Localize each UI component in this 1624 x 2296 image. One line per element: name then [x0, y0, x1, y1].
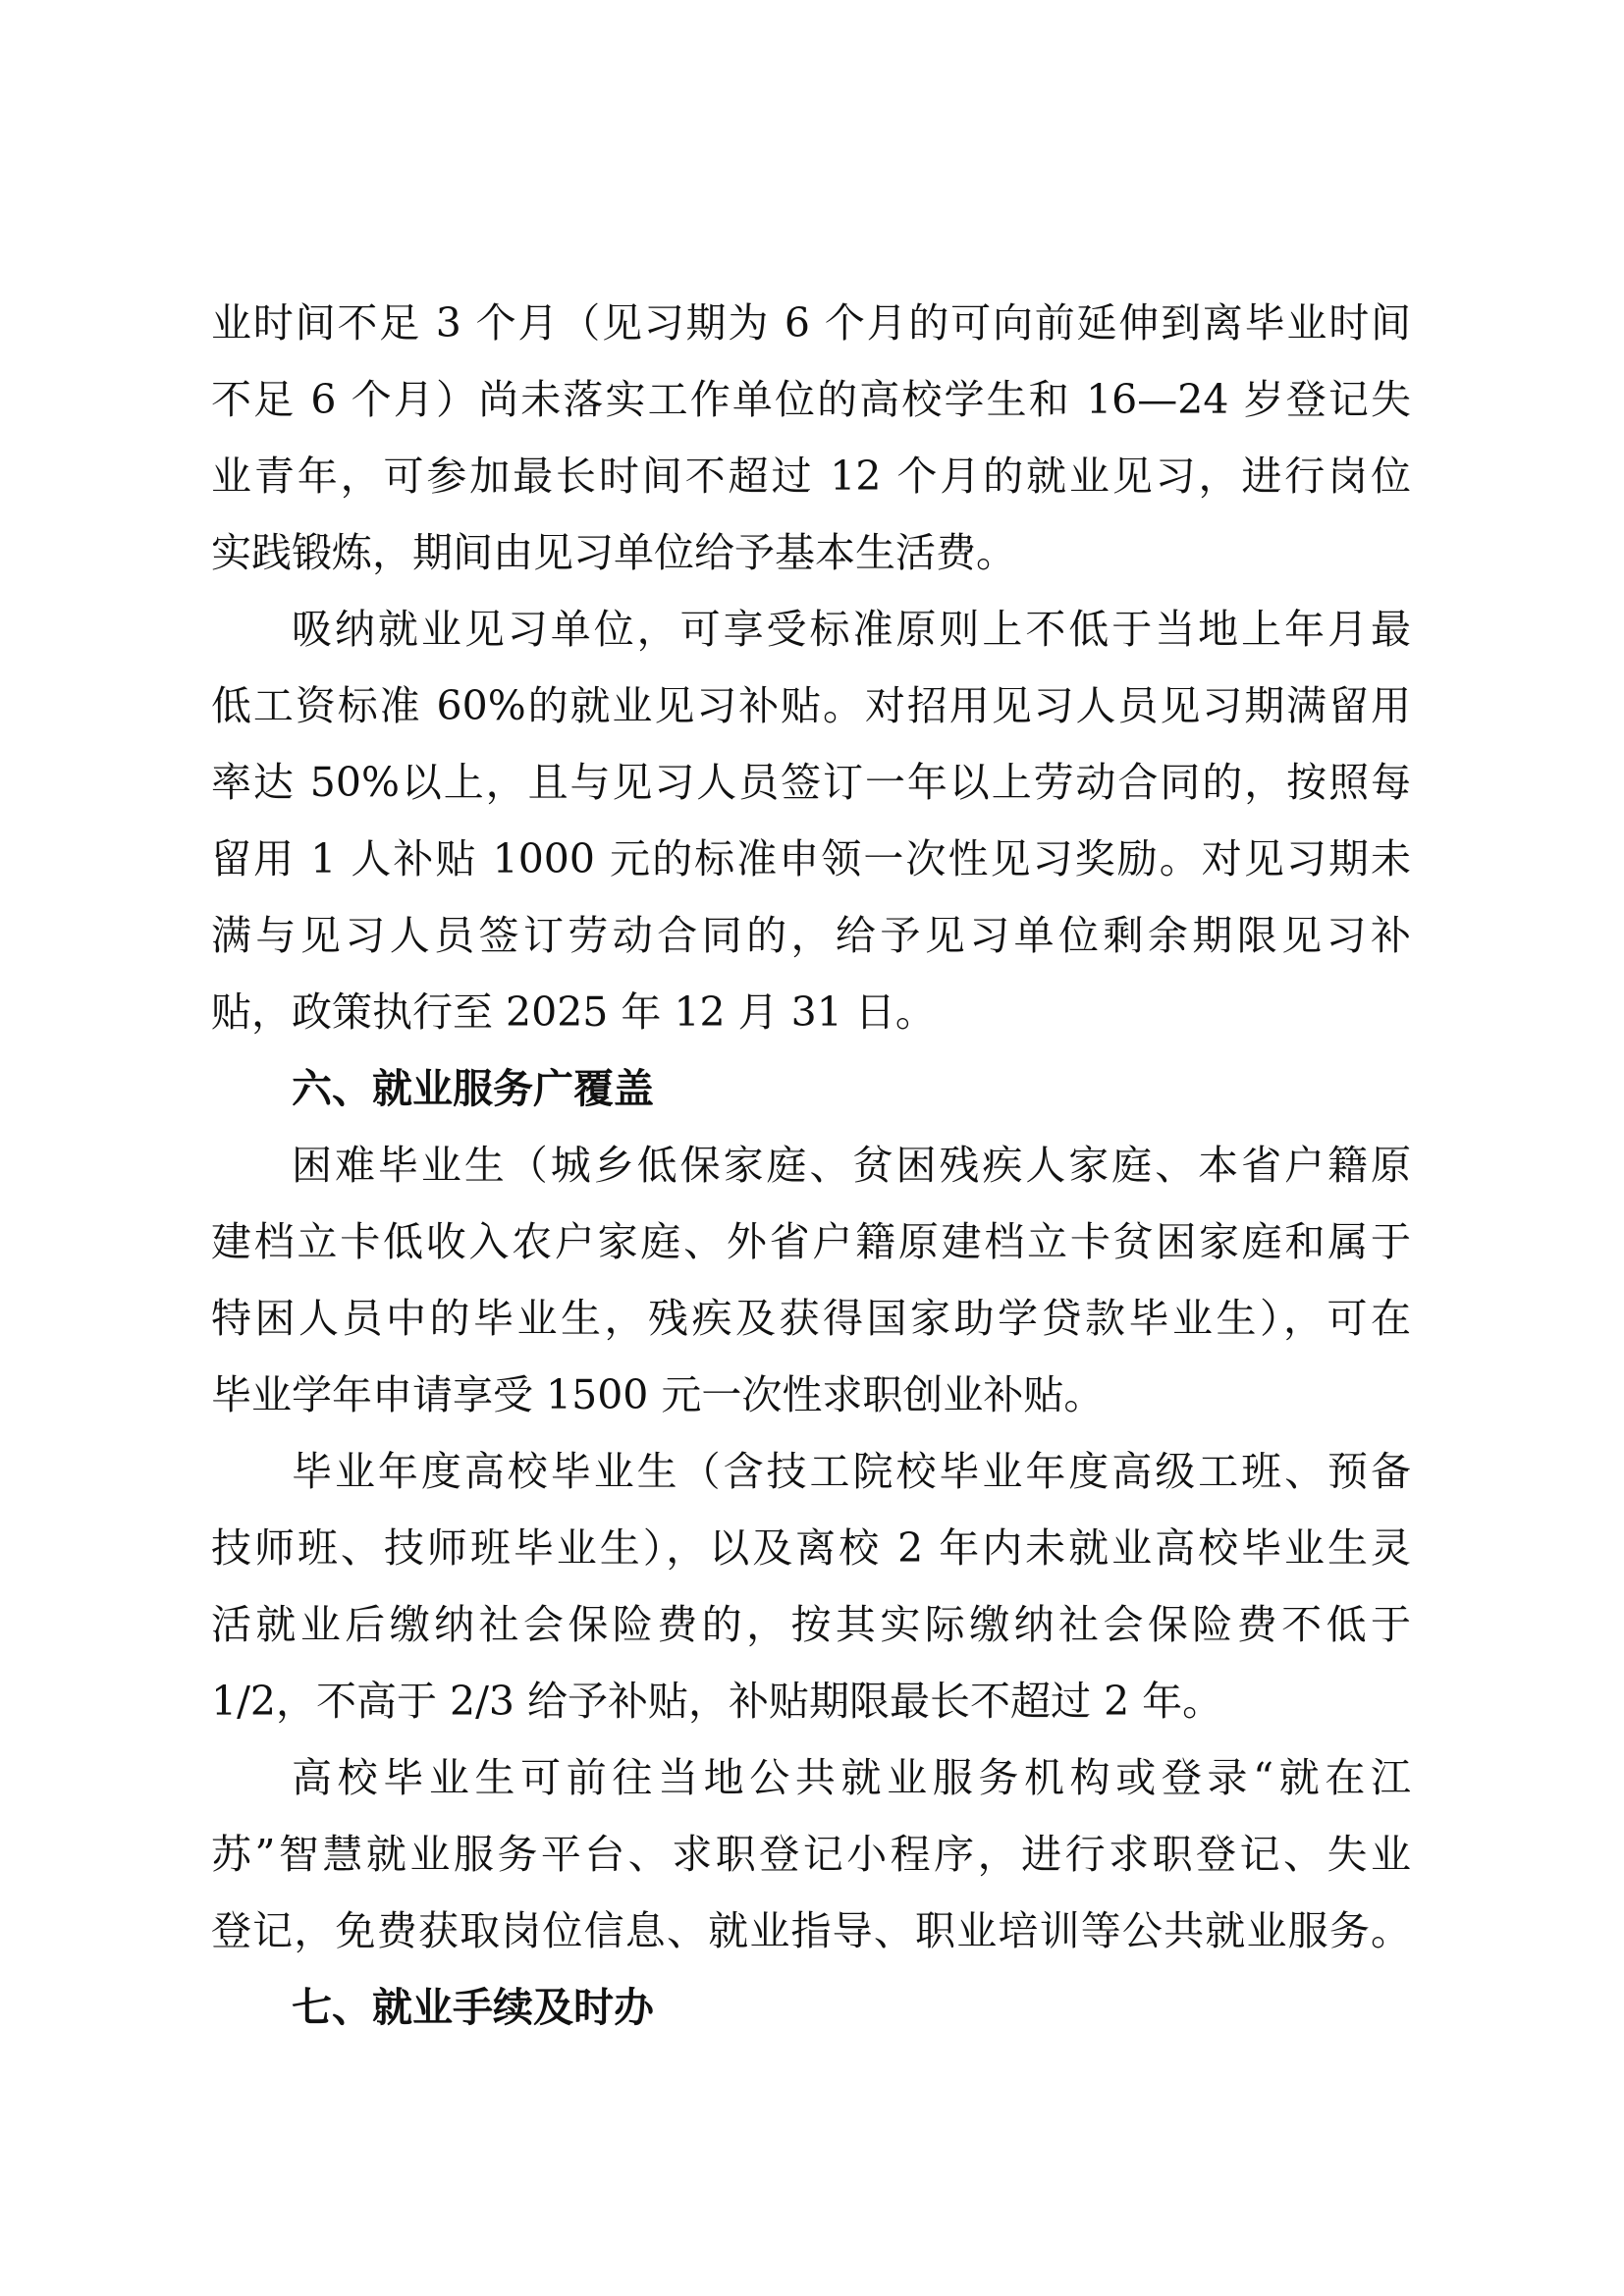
- text-line: 毕业学年申请享受 1500 元一次性求职创业补贴。: [211, 1357, 1411, 1433]
- text-line: 留用 1 人补贴 1000 元的标准申领一次性见习奖励。对见习期未: [211, 821, 1411, 897]
- text-line: 低工资标准 60%的就业见习补贴。对招用见习人员见习期满留用: [211, 667, 1411, 744]
- text-line: 1/2，不高于 2/3 给予补贴，补贴期限最长不超过 2 年。: [211, 1663, 1411, 1739]
- text-line: 苏”智慧就业服务平台、求职登记小程序，进行求职登记、失业: [211, 1816, 1411, 1893]
- text-line: 建档立卡低收入农户家庭、外省户籍原建档立卡贫困家庭和属于: [211, 1203, 1411, 1280]
- paragraph-social-insurance-subsidy: 毕业年度高校毕业生（含技工院校毕业年度高级工班、预备 技师班、技师班毕业生），以…: [211, 1433, 1411, 1739]
- text-line: 业青年，可参加最长时间不超过 12 个月的就业见习，进行岗位: [211, 438, 1411, 514]
- document-page: 业时间不足 3 个月（见习期为 6 个月的可向前延伸到离毕业时间 不足 6 个月…: [211, 285, 1411, 2046]
- section-heading-7: 七、就业手续及时办: [211, 1969, 1411, 2046]
- text-line: 活就业后缴纳社会保险费的，按其实际缴纳社会保险费不低于: [211, 1586, 1411, 1663]
- paragraph-difficult-graduates: 困难毕业生（城乡低保家庭、贫困残疾人家庭、本省户籍原 建档立卡低收入农户家庭、外…: [211, 1127, 1411, 1433]
- text-line: 困难毕业生（城乡低保家庭、贫困残疾人家庭、本省户籍原: [211, 1127, 1411, 1203]
- text-line: 实践锻炼，期间由见习单位给予基本生活费。: [211, 514, 1411, 591]
- text-line: 不足 6 个月）尚未落实工作单位的高校学生和 16—24 岁登记失: [211, 361, 1411, 438]
- paragraph-public-employment-services: 高校毕业生可前往当地公共就业服务机构或登录“就在江 苏”智慧就业服务平台、求职登…: [211, 1739, 1411, 1969]
- text-line: 高校毕业生可前往当地公共就业服务机构或登录“就在江: [211, 1739, 1411, 1816]
- paragraph-internship-eligibility: 业时间不足 3 个月（见习期为 6 个月的可向前延伸到离毕业时间 不足 6 个月…: [211, 285, 1411, 591]
- paragraph-internship-subsidy: 吸纳就业见习单位，可享受标准原则上不低于当地上年月最 低工资标准 60%的就业见…: [211, 591, 1411, 1050]
- text-line: 吸纳就业见习单位，可享受标准原则上不低于当地上年月最: [211, 591, 1411, 667]
- section-heading-6: 六、就业服务广覆盖: [211, 1050, 1411, 1127]
- text-line: 业时间不足 3 个月（见习期为 6 个月的可向前延伸到离毕业时间: [211, 285, 1411, 361]
- text-line: 技师班、技师班毕业生），以及离校 2 年内未就业高校毕业生灵: [211, 1510, 1411, 1586]
- text-line: 贴，政策执行至 2025 年 12 月 31 日。: [211, 974, 1411, 1050]
- text-line: 特困人员中的毕业生，残疾及获得国家助学贷款毕业生），可在: [211, 1280, 1411, 1357]
- text-line: 毕业年度高校毕业生（含技工院校毕业年度高级工班、预备: [211, 1433, 1411, 1510]
- text-line: 率达 50%以上，且与见习人员签订一年以上劳动合同的，按照每: [211, 744, 1411, 821]
- text-line: 登记，免费获取岗位信息、就业指导、职业培训等公共就业服务。: [211, 1893, 1411, 1969]
- text-line: 满与见习人员签订劳动合同的，给予见习单位剩余期限见习补: [211, 897, 1411, 974]
